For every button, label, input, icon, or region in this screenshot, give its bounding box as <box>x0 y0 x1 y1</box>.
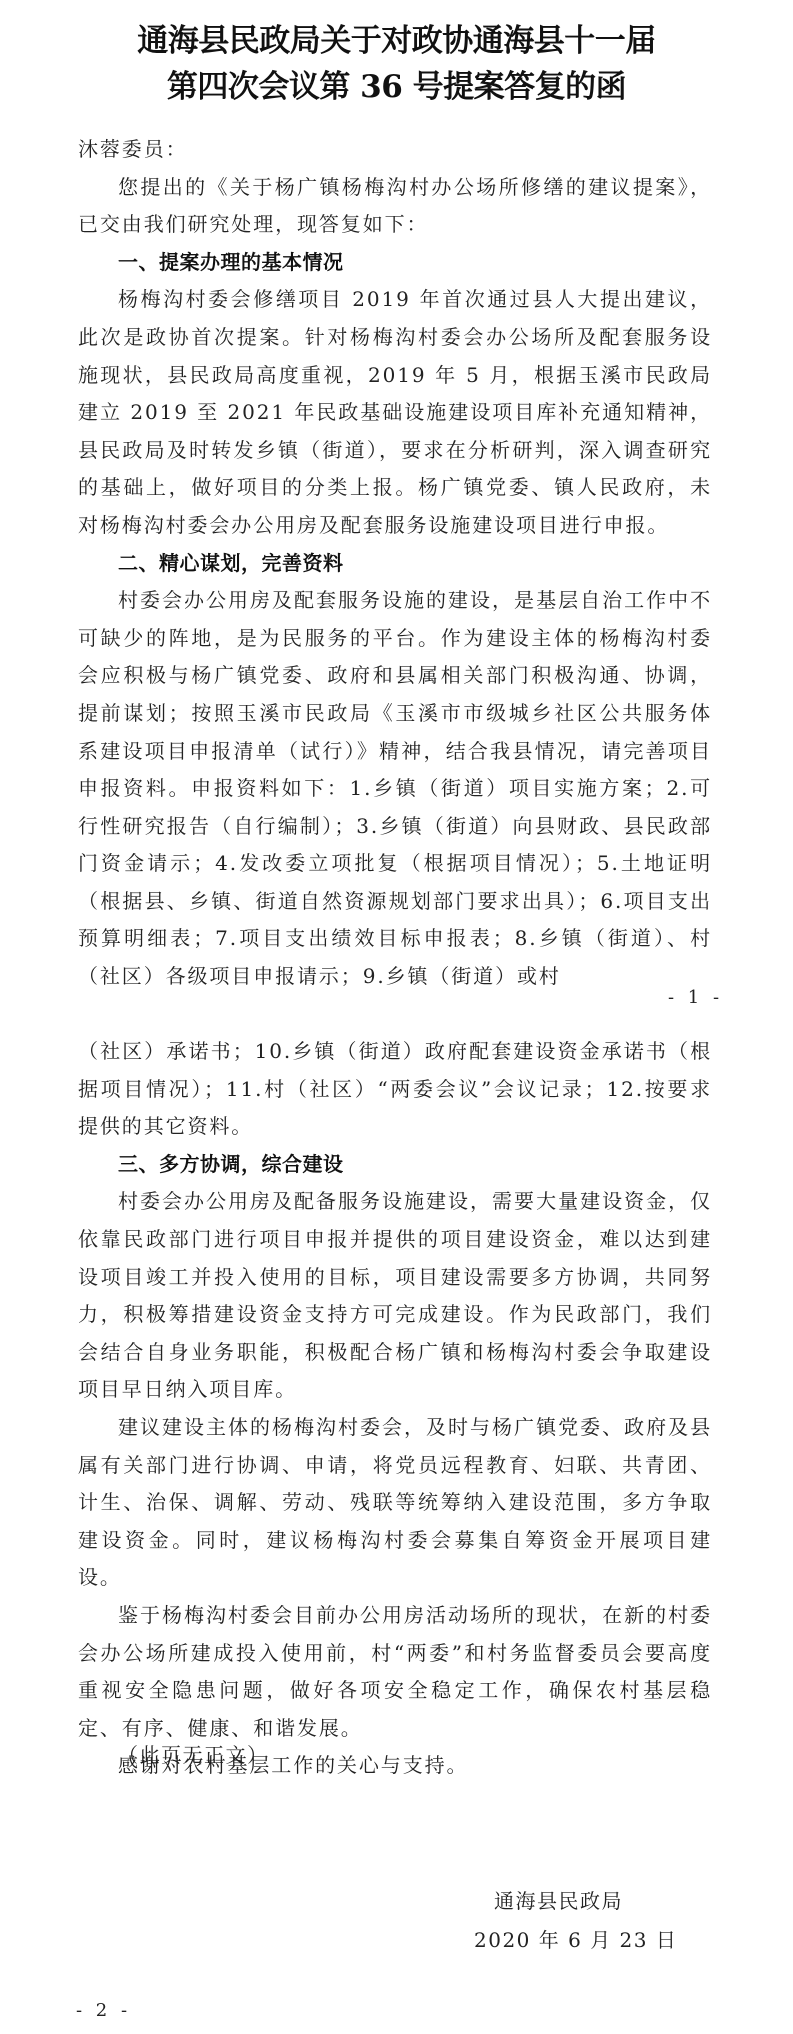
page-number-2: - 2 - <box>76 2000 131 2021</box>
page-2-body: （社区）承诺书；10.乡镇（街道）政府配套建设资金承诺书（根据项目情况）；11.… <box>78 1033 712 1785</box>
page-number-1: - 1 - <box>668 987 723 1008</box>
section-1-heading: 一、提案办理的基本情况 <box>78 244 712 282</box>
section-3-paragraph-3: 鉴于杨梅沟村委会目前办公用房活动场所的现状，在新的村委会办公场所建成投入使用前，… <box>78 1597 712 1747</box>
document-page: 通海县民政局关于对政协通海县十一届 第四次会议第 36 号提案答复的函 沐蓉委员… <box>0 0 793 2034</box>
signature-date: 2020 年 6 月 23 日 <box>474 1921 677 1959</box>
section-2-body-part-1: 村委会办公用房及配套服务设施的建设，是基层自治工作中不可缺少的阵地，是为民服务的… <box>78 582 712 996</box>
section-2-body-part-2: （社区）承诺书；10.乡镇（街道）政府配套建设资金承诺书（根据项目情况）；11.… <box>78 1033 712 1146</box>
title-line-1: 通海县民政局关于对政协通海县十一届 <box>0 18 793 64</box>
section-3-paragraph-1: 村委会办公用房及配备服务设施建设，需要大量建设资金，仅依靠民政部门进行项目申报并… <box>78 1183 712 1409</box>
intro-paragraph: 您提出的《关于杨广镇杨梅沟村办公场所修缮的建议提案》，已交由我们研究处理，现答复… <box>78 169 712 244</box>
section-1-body: 杨梅沟村委会修缮项目 2019 年首次通过县人大提出建议，此次是政协首次提案。针… <box>78 281 712 544</box>
section-3-heading: 三、多方协调，综合建设 <box>78 1146 712 1184</box>
section-3-paragraph-2: 建议建设主体的杨梅沟村委会，及时与杨广镇党委、政府及县属有关部门进行协调、申请，… <box>78 1409 712 1597</box>
section-2-heading: 二、精心谋划，完善资料 <box>78 545 712 583</box>
no-text-note: （此页无正文） <box>118 1736 269 1774</box>
title-line-2: 第四次会议第 36 号提案答复的函 <box>0 64 793 110</box>
page-1-body: 沐蓉委员： 您提出的《关于杨广镇杨梅沟村办公场所修缮的建议提案》，已交由我们研究… <box>78 131 712 996</box>
salutation: 沐蓉委员： <box>78 131 712 169</box>
signature-organization: 通海县民政局 <box>494 1882 623 1920</box>
document-title: 通海县民政局关于对政协通海县十一届 第四次会议第 36 号提案答复的函 <box>0 18 793 110</box>
